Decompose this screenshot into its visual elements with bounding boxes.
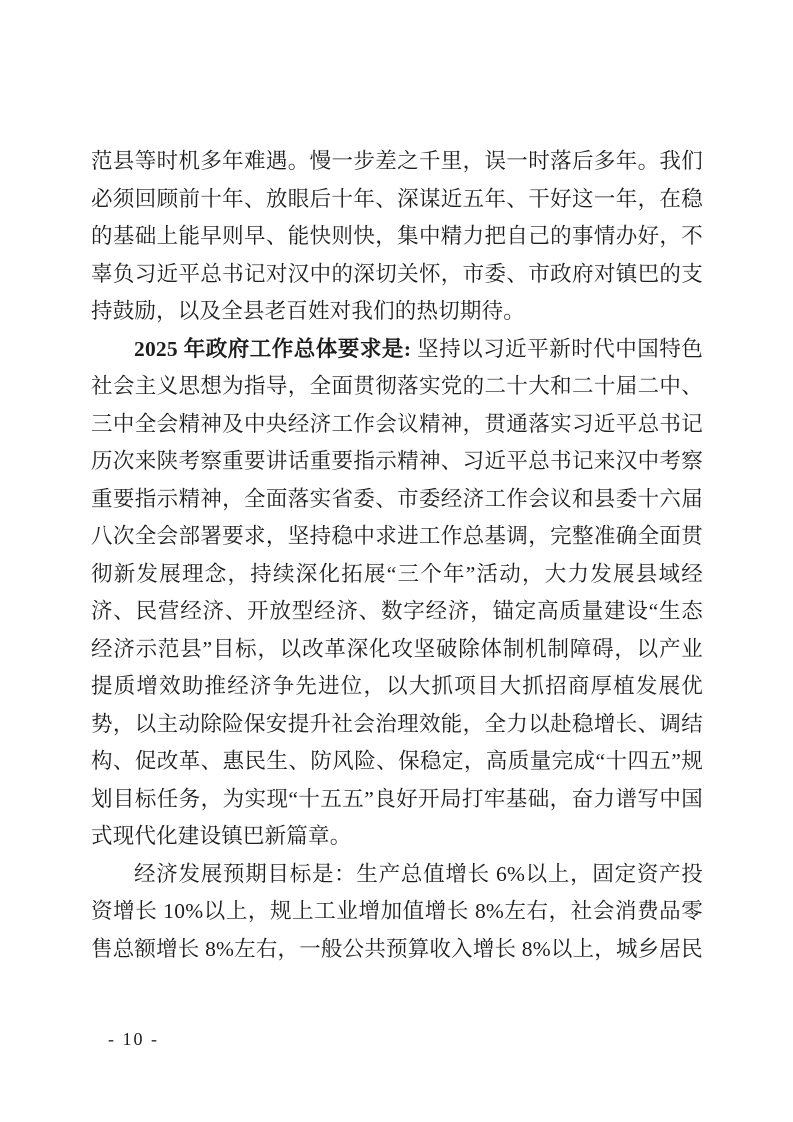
paragraph-economic-targets: 经济发展预期目标是：生产总值增长 6%以上，固定资产投资增长 10%以上，规上工… — [91, 856, 703, 969]
paragraph-continuation-text: 范县等时机多年难遇。慢一步差之千里，误一时落后多年。我们必须回顾前十年、放眼后十… — [91, 149, 703, 323]
document-page: 范县等时机多年难遇。慢一步差之千里，误一时落后多年。我们必须回顾前十年、放眼后十… — [0, 0, 793, 1122]
paragraph-overall-requirements: 2025 年政府工作总体要求是: 坚持以习近平新时代中国特色社会主义思想为指导，… — [91, 331, 703, 856]
paragraph-overall-requirements-text: 坚持以习近平新时代中国特色社会主义思想为指导，全面贯彻落实党的二十大和二十届二中… — [91, 337, 703, 849]
page-number: - 10 - — [108, 1029, 159, 1050]
paragraph-continuation: 范县等时机多年难遇。慢一步差之千里，误一时落后多年。我们必须回顾前十年、放眼后十… — [91, 143, 703, 331]
paragraph-overall-requirements-lead: 2025 年政府工作总体要求是: — [134, 337, 417, 361]
paragraph-economic-targets-text: 经济发展预期目标是：生产总值增长 6%以上，固定资产投资增长 10%以上，规上工… — [91, 862, 703, 961]
page-body-text: 范县等时机多年难遇。慢一步差之千里，误一时落后多年。我们必须回顾前十年、放眼后十… — [91, 0, 703, 968]
